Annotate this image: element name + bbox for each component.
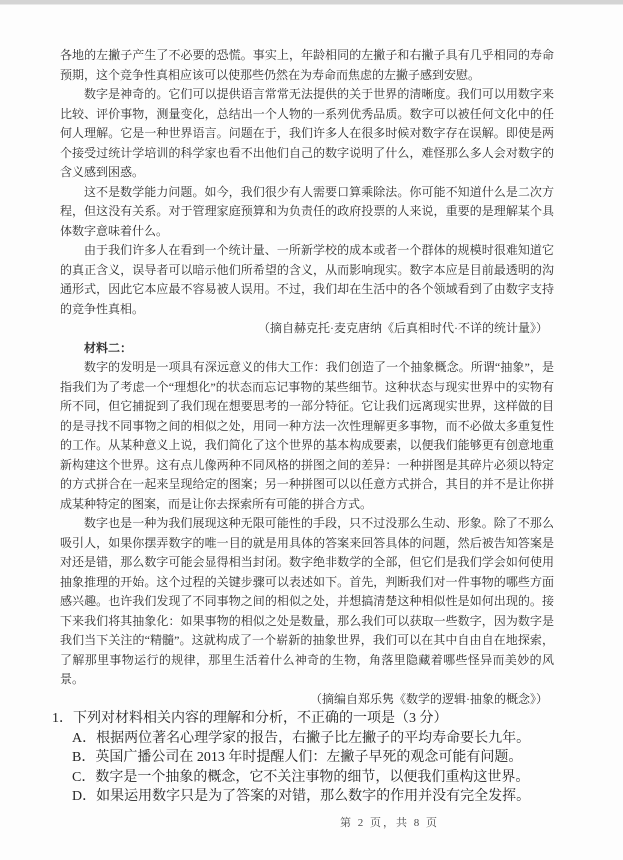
option-a-label: A．	[72, 731, 96, 746]
option-b-text: 英国广播公司在 2013 年时提醒人们：左撇子早死的观念可能有问题。	[95, 750, 522, 765]
page-footer: 第 2 页，共 8 页	[340, 814, 439, 830]
option-d-label: D．	[72, 789, 96, 804]
option-c-text: 数字是一个抽象的概念，它不关注事物的细节，以便我们重构这世界。	[95, 770, 529, 785]
question-1: 1．下列对材料相关内容的理解和分析，不正确的一项是（3 分） A．根据两位著名心…	[60, 709, 554, 807]
question-1-option-c: C．数字是一个抽象的概念，它不关注事物的细节，以便我们重构这世界。	[72, 768, 554, 788]
page-content: 各地的左撇子产生了不必要的恐慌。事实上，年龄相同的左撇子和右撇子具有几乎相同的寿…	[60, 46, 554, 807]
question-1-option-a: A．根据两位著名心理学家的报告，右撇子比左撇子的平均寿命要长九年。	[72, 729, 554, 749]
option-a-text: 根据两位著名心理学家的报告，右撇子比左撇子的平均寿命要长九年。	[96, 731, 530, 746]
question-1-stem: 1．下列对材料相关内容的理解和分析，不正确的一项是（3 分）	[52, 709, 554, 729]
material-one-citation: （摘自赫克托·麦克唐纳《后真相时代·不详的统计量》）	[60, 319, 554, 339]
material-two-citation: （摘编自郑乐隽《数学的逻辑·抽象的概念》）	[60, 690, 554, 710]
scan-edge-bar	[0, 0, 623, 5]
material-two-heading: 材料二：	[60, 339, 554, 359]
material-one-paragraph: 由于我们许多人在看到一个统计量、一所新学校的成本或者一个群体的规模时很难知道它的…	[60, 241, 554, 319]
question-1-option-b: B．英国广播公司在 2013 年时提醒人们：左撇子早死的观念可能有问题。	[72, 748, 554, 768]
exam-page: 各地的左撇子产生了不必要的恐慌。事实上，年龄相同的左撇子和右撇子具有几乎相同的寿…	[0, 0, 623, 860]
question-1-option-d: D．如果运用数字只是为了答案的对错，那么数字的作用并没有完全发挥。	[72, 787, 554, 807]
option-c-label: C．	[72, 770, 95, 785]
material-one-paragraph: 数字是神奇的。它们可以提供语言常常无法提供的关于世界的清晰度。我们可以用数字来比…	[60, 85, 554, 183]
option-d-text: 如果运用数字只是为了答案的对错，那么数字的作用并没有完全发挥。	[96, 789, 530, 804]
material-two-paragraph: 数字也是一种为我们展现这种无限可能性的手段，只不过没那么生动、形象。除了不那么吸…	[60, 514, 554, 690]
material-two-paragraph: 数字的发明是一项具有深远意义的伟大工作：我们创造了一个抽象概念。所谓“抽象”，是…	[60, 358, 554, 514]
option-b-label: B．	[72, 750, 95, 765]
material-one-paragraph: 这不是数学能力问题。如今，我们很少有人需要口算乘除法。你可能不知道什么是二次方程…	[60, 183, 554, 242]
material-one-paragraph-continuation: 各地的左撇子产生了不必要的恐慌。事实上，年龄相同的左撇子和右撇子具有几乎相同的寿…	[60, 46, 554, 85]
